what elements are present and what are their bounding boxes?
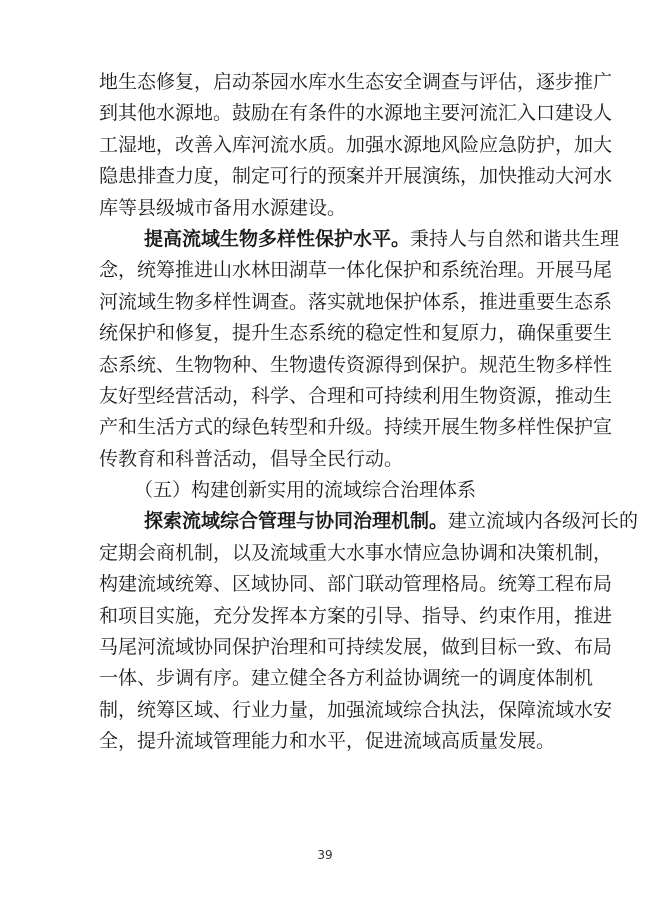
text-line: 隐患排查力度，制定可行的预案并开展演练，加快推动大河水 — [99, 161, 559, 192]
text-line: 构建流域统筹、区域协同、部门联动管理格局。统筹工程布局 — [99, 569, 559, 600]
text-line: 态系统、生物物种、生物遗传资源得到保护。规范生物多样性 — [99, 350, 559, 381]
text-line: 统保护和修复，提升生态系统的稳定性和复原力，确保重要生 — [99, 318, 559, 349]
document-body: 地生态修复，启动茶园水库水生态安全调查与评估，逐步推广 到其他水源地。鼓励在有条… — [99, 67, 559, 758]
paragraph-lead-bold: 探索流域综合管理与协同治理机制。 — [144, 510, 448, 532]
text-line: 工湿地，改善入库河流水质。加强水源地风险应急防护，加大 — [99, 130, 559, 161]
text-line: 库等县级城市备用水源建设。 — [99, 193, 559, 224]
paragraph-basin-governance: 探索流域综合管理与协同治理机制。建立流域内各级河长的 定期会商机制，以及流域重大… — [99, 506, 559, 757]
text-line: 全，提升流域管理能力和水平，促进流域高质量发展。 — [99, 726, 559, 757]
text-line: 一体、步调有序。建立健全各方利益协调统一的调度体制机 — [99, 663, 559, 694]
text-line: 定期会商机制，以及流域重大水事水情应急协调和决策机制， — [99, 538, 559, 569]
text-line: 马尾河流域协同保护治理和可持续发展，做到目标一致、布局 — [99, 632, 559, 663]
text-line: 到其他水源地。鼓励在有条件的水源地主要河流汇入口建设人 — [99, 98, 559, 129]
section-heading: （五）构建创新实用的流域综合治理体系 — [99, 475, 559, 506]
paragraph-biodiversity-protection: 提高流域生物多样性保护水平。秉持人与自然和谐共生理 念，统筹推进山水林田湖草一体… — [99, 224, 559, 475]
paragraph-lead-bold: 提高流域生物多样性保护水平。 — [144, 228, 410, 250]
text-line: 念，统筹推进山水林田湖草一体化保护和系统治理。开展马尾 — [99, 255, 559, 286]
text-line: 河流域生物多样性调查。落实就地保护体系，推进重要生态系 — [99, 287, 559, 318]
text-span: 建立流域内各级河长的 — [448, 510, 638, 532]
document-page: 地生态修复，启动茶园水库水生态安全调查与评估，逐步推广 到其他水源地。鼓励在有条… — [0, 0, 650, 919]
paragraph-water-source-protection: 地生态修复，启动茶园水库水生态安全调查与评估，逐步推广 到其他水源地。鼓励在有条… — [99, 67, 559, 224]
text-line: 提高流域生物多样性保护水平。秉持人与自然和谐共生理 — [99, 224, 559, 255]
text-line: 产和生活方式的绿色转型和升级。持续开展生物多样性保护宣 — [99, 412, 559, 443]
text-line: 地生态修复，启动茶园水库水生态安全调查与评估，逐步推广 — [99, 67, 559, 98]
page-number: 39 — [0, 848, 650, 862]
text-line: 传教育和科普活动，倡导全民行动。 — [99, 444, 559, 475]
text-line: 制，统筹区域、行业力量，加强流域综合执法，保障流域水安 — [99, 695, 559, 726]
text-line: 友好型经营活动，科学、合理和可持续利用生物资源，推动生 — [99, 381, 559, 412]
text-span: 秉持人与自然和谐共生理 — [410, 228, 619, 250]
text-line: 探索流域综合管理与协同治理机制。建立流域内各级河长的 — [99, 506, 559, 537]
text-line: 和项目实施，充分发挥本方案的引导、指导、约束作用，推进 — [99, 601, 559, 632]
